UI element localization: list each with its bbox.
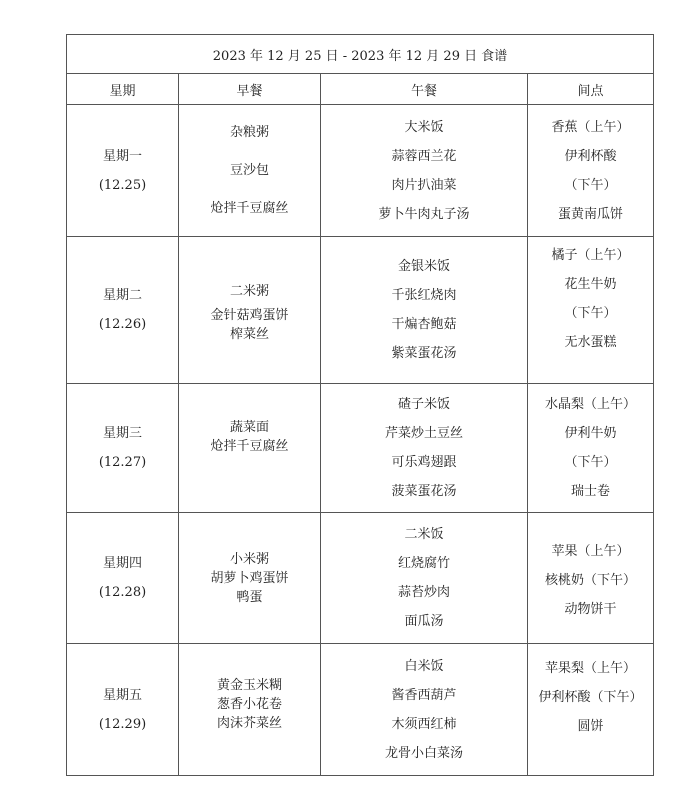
day-date: (12.29) bbox=[67, 710, 178, 739]
menu-item: 红烧腐竹 bbox=[321, 549, 527, 578]
lunch-cell: 白米饭 酱香西葫芦 木须西红柿 龙骨小白菜汤 bbox=[321, 644, 528, 776]
menu-item: 金银米饭 bbox=[321, 252, 527, 281]
snack-cell: 苹果（上午） 核桃奶（下午） 动物饼干 bbox=[528, 513, 654, 644]
menu-item: 杂粮粥 bbox=[179, 114, 320, 152]
day-name: 星期四 bbox=[67, 549, 178, 578]
menu-item: 苹果（上午） bbox=[528, 537, 653, 566]
menu-item: 花生牛奶 bbox=[528, 270, 653, 299]
header-day: 星期 bbox=[67, 74, 179, 105]
menu-item: 圆饼 bbox=[528, 712, 653, 741]
menu-item: 酱香西葫芦 bbox=[321, 681, 527, 710]
menu-item: 木须西红柿 bbox=[321, 710, 527, 739]
menu-item: 动物饼干 bbox=[528, 595, 653, 624]
menu-item: 碴子米饭 bbox=[321, 390, 527, 419]
menu-item: 可乐鸡翅跟 bbox=[321, 448, 527, 477]
menu-item: 蔬菜面 bbox=[179, 418, 320, 437]
menu-item: （下午） bbox=[528, 171, 653, 200]
day-date: (12.26) bbox=[67, 310, 178, 339]
table-row: 星期二 (12.26) 二米粥 金针菇鸡蛋饼 榨菜丝 金银米饭 千张红烧肉 干煸… bbox=[67, 237, 654, 384]
menu-item: （下午） bbox=[528, 448, 653, 477]
day-cell: 星期四 (12.28) bbox=[67, 513, 179, 644]
breakfast-cell: 黄金玉米糊 葱香小花卷 肉沫芥菜丝 bbox=[179, 644, 321, 776]
menu-title: 2023 年 12 月 25 日 - 2023 年 12 月 29 日 食谱 bbox=[67, 35, 654, 74]
day-date: (12.25) bbox=[67, 171, 178, 200]
day-cell: 星期一 (12.25) bbox=[67, 105, 179, 237]
weekly-menu-table: 2023 年 12 月 25 日 - 2023 年 12 月 29 日 食谱 星… bbox=[66, 34, 654, 776]
menu-item: 白米饭 bbox=[321, 652, 527, 681]
menu-item: 榨菜丝 bbox=[179, 325, 320, 344]
lunch-cell: 碴子米饭 芹菜炒土豆丝 可乐鸡翅跟 菠菜蛋花汤 bbox=[321, 384, 528, 513]
menu-item: 二米饭 bbox=[321, 520, 527, 549]
menu-item: 大米饭 bbox=[321, 113, 527, 142]
day-date: (12.27) bbox=[67, 448, 178, 477]
menu-item: 炝拌千豆腐丝 bbox=[179, 437, 320, 456]
day-name: 星期二 bbox=[67, 281, 178, 310]
menu-item: 萝卜牛肉丸子汤 bbox=[321, 200, 527, 229]
day-cell: 星期五 (12.29) bbox=[67, 644, 179, 776]
header-breakfast: 早餐 bbox=[179, 74, 321, 105]
menu-item: 蒜蓉西兰花 bbox=[321, 142, 527, 171]
breakfast-cell: 二米粥 金针菇鸡蛋饼 榨菜丝 bbox=[179, 237, 321, 384]
table-row: 星期三 (12.27) 蔬菜面 炝拌千豆腐丝 碴子米饭 芹菜炒土豆丝 可乐鸡翅跟… bbox=[67, 384, 654, 513]
menu-item: 鸭蛋 bbox=[179, 588, 320, 607]
snack-cell: 橘子（上午） 花生牛奶 （下午） 无水蛋糕 bbox=[528, 237, 654, 384]
menu-item: 黄金玉米糊 bbox=[179, 676, 320, 695]
lunch-cell: 二米饭 红烧腐竹 蒜苔炒肉 面瓜汤 bbox=[321, 513, 528, 644]
menu-item: 瑞士卷 bbox=[528, 477, 653, 506]
menu-item: 无水蛋糕 bbox=[528, 328, 653, 357]
breakfast-cell: 杂粮粥 豆沙包 炝拌千豆腐丝 bbox=[179, 105, 321, 237]
lunch-cell: 大米饭 蒜蓉西兰花 肉片扒油菜 萝卜牛肉丸子汤 bbox=[321, 105, 528, 237]
day-name: 星期五 bbox=[67, 681, 178, 710]
table-row: 星期五 (12.29) 黄金玉米糊 葱香小花卷 肉沫芥菜丝 白米饭 酱香西葫芦 … bbox=[67, 644, 654, 776]
menu-item: 干煸杏鲍菇 bbox=[321, 310, 527, 339]
menu-item: 面瓜汤 bbox=[321, 607, 527, 636]
snack-cell: 香蕉（上午） 伊利杯酸 （下午） 蛋黄南瓜饼 bbox=[528, 105, 654, 237]
menu-item: 龙骨小白菜汤 bbox=[321, 739, 527, 768]
menu-item: 蛋黄南瓜饼 bbox=[528, 200, 653, 229]
menu-item: 千张红烧肉 bbox=[321, 281, 527, 310]
menu-item: 橘子（上午） bbox=[528, 241, 653, 270]
menu-item: 肉片扒油菜 bbox=[321, 171, 527, 200]
menu-item: （下午） bbox=[528, 299, 653, 328]
lunch-cell: 金银米饭 千张红烧肉 干煸杏鲍菇 紫菜蛋花汤 bbox=[321, 237, 528, 384]
menu-item: 胡萝卜鸡蛋饼 bbox=[179, 569, 320, 588]
menu-item: 炝拌千豆腐丝 bbox=[179, 190, 320, 228]
day-cell: 星期三 (12.27) bbox=[67, 384, 179, 513]
menu-item: 肉沫芥菜丝 bbox=[179, 714, 320, 733]
snack-cell: 苹果梨（上午） 伊利杯酸（下午） 圆饼 bbox=[528, 644, 654, 776]
menu-item: 金针菇鸡蛋饼 bbox=[179, 306, 320, 325]
menu-item: 伊利杯酸 bbox=[528, 142, 653, 171]
breakfast-cell: 小米粥 胡萝卜鸡蛋饼 鸭蛋 bbox=[179, 513, 321, 644]
menu-item: 芹菜炒土豆丝 bbox=[321, 419, 527, 448]
menu-item: 蒜苔炒肉 bbox=[321, 578, 527, 607]
day-cell: 星期二 (12.26) bbox=[67, 237, 179, 384]
day-date: (12.28) bbox=[67, 578, 178, 607]
table-row: 星期一 (12.25) 杂粮粥 豆沙包 炝拌千豆腐丝 大米饭 蒜蓉西兰花 肉片扒… bbox=[67, 105, 654, 237]
table-row: 星期四 (12.28) 小米粥 胡萝卜鸡蛋饼 鸭蛋 二米饭 红烧腐竹 蒜苔炒肉 … bbox=[67, 513, 654, 644]
snack-cell: 水晶梨（上午） 伊利牛奶 （下午） 瑞士卷 bbox=[528, 384, 654, 513]
menu-item: 菠菜蛋花汤 bbox=[321, 477, 527, 506]
menu-item: 豆沙包 bbox=[179, 152, 320, 190]
menu-item: 核桃奶（下午） bbox=[528, 566, 653, 595]
menu-item: 小米粥 bbox=[179, 550, 320, 569]
menu-item: 水晶梨（上午） bbox=[528, 390, 653, 419]
menu-item: 紫菜蛋花汤 bbox=[321, 339, 527, 368]
menu-item: 二米粥 bbox=[179, 277, 320, 306]
day-name: 星期一 bbox=[67, 142, 178, 171]
header-lunch: 午餐 bbox=[321, 74, 528, 105]
day-name: 星期三 bbox=[67, 419, 178, 448]
menu-item: 伊利牛奶 bbox=[528, 419, 653, 448]
menu-item: 葱香小花卷 bbox=[179, 695, 320, 714]
menu-item: 香蕉（上午） bbox=[528, 113, 653, 142]
menu-item: 苹果梨（上午） bbox=[528, 654, 653, 683]
breakfast-cell: 蔬菜面 炝拌千豆腐丝 bbox=[179, 384, 321, 513]
menu-item: 伊利杯酸（下午） bbox=[528, 683, 653, 712]
header-snack: 间点 bbox=[528, 74, 654, 105]
